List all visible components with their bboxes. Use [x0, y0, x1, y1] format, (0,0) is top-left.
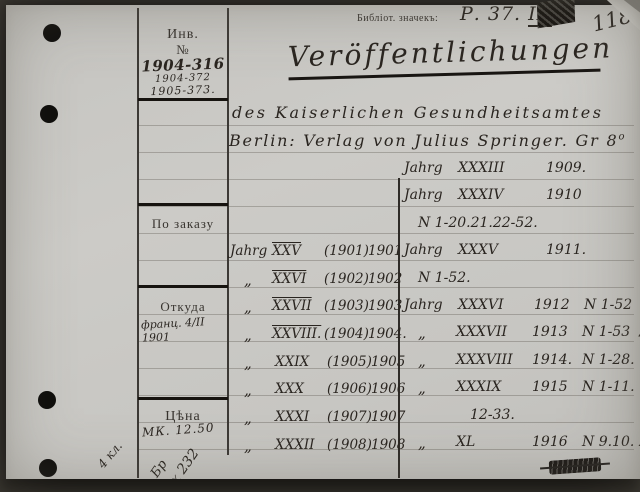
volume-year: 1902: [368, 271, 402, 287]
volume-list-left: Jahrg XXV (1901) 1901 „ XXVI (1902) 1902…: [230, 243, 406, 465]
ditto-mark: „: [230, 437, 272, 455]
punch-hole: [40, 105, 58, 123]
volume-numeral: XXXIII: [458, 160, 546, 176]
ditto-mark: „: [230, 354, 272, 372]
title-line2: Berlin: Verlag von Julius Springer. Gr 8…: [229, 131, 626, 150]
ditto-mark: „: [230, 381, 272, 399]
volume-year: 1913: [532, 324, 582, 340]
library-mark-label: Библіот. значекъ:: [357, 13, 438, 24]
issue-numbers-note: N 1-20.21.22-52.: [404, 215, 640, 242]
section-divider: [138, 397, 228, 400]
ditto-mark: „: [404, 324, 456, 342]
volume-numeral: XXV: [272, 243, 324, 259]
issue-numbers: N 9.10. 25-52.: [582, 434, 640, 450]
issue-numbers: N 1-28.: [582, 352, 635, 368]
volume-entry: Jahrg XXXIII 1909.: [404, 160, 640, 187]
volume-numeral: XL: [456, 434, 532, 450]
issue-numbers: N 1-53: [582, 324, 630, 340]
volume-entry: „ XXXVIII 1914. N 1-28.: [404, 352, 640, 379]
scan-edge-left: [0, 0, 6, 492]
volume-paren-year: (1903): [324, 298, 368, 314]
volume-entry: Jahrg XXXV 1911.: [404, 242, 640, 269]
inventory-number: 1905-373.: [138, 82, 228, 98]
volume-paren-year: (1904): [324, 326, 368, 342]
margin-scribble: 4 кл.: [95, 439, 125, 471]
shelf-mark-main: Р. 37.: [460, 3, 521, 25]
issue-numbers: 12-33.: [470, 407, 515, 423]
scan-edge-bottom: [0, 479, 640, 492]
punch-hole: [38, 391, 56, 409]
volume-year: 1901: [368, 243, 402, 259]
punch-hole: [43, 24, 61, 42]
volume-paren-year: (1905): [327, 354, 371, 370]
volume-year: 1907: [371, 409, 405, 425]
volume-numeral: XXXV: [458, 242, 546, 258]
volume-paren-year: (1908): [327, 437, 371, 453]
volume-label: Jahrg: [404, 160, 458, 176]
obliterated-stamp-icon: [549, 457, 602, 475]
ditto-mark: „: [230, 298, 272, 316]
volume-entry: „ XXVII (1903) 1903: [230, 298, 406, 326]
ditto-mark: „: [230, 271, 272, 289]
issue-numbers-note: N 1-52.: [404, 270, 640, 297]
volume-entry: „ XXVI (1902) 1902: [230, 271, 406, 299]
volume-paren-year: (1906): [327, 381, 371, 397]
volume-paren-year: (1902): [324, 271, 368, 287]
volume-entry: „ XXIX (1905) 1905: [230, 354, 406, 382]
punch-hole: [39, 459, 57, 477]
ditto-mark: „: [404, 352, 456, 370]
issue-numbers: N 1-20.21.22-52.: [418, 215, 538, 231]
volume-paren-year: (1901): [324, 243, 368, 259]
volume-year: 1906: [371, 381, 405, 397]
section-divider: [138, 285, 228, 288]
volume-entry: „ XL 1916 N 9.10. 25-52.: [404, 434, 640, 461]
volume-label: Jahrg: [230, 243, 272, 259]
volume-year: 1909.: [546, 160, 604, 176]
volume-paren-year: (1907): [327, 409, 371, 425]
title-line2-text: Berlin: Verlag von Julius Springer. Gr 8: [229, 131, 618, 150]
volume-entry: „ XXXI (1907) 1907: [230, 409, 406, 437]
volume-numeral: XXVI: [272, 271, 324, 287]
title-line1: des Kaiserlichen Gesundheitsamtes: [232, 103, 603, 122]
section-divider: [138, 98, 228, 101]
volume-entry: Jahrg XXXIV 1910: [404, 187, 640, 214]
volume-label: Jahrg: [404, 297, 458, 313]
volume-entry: Jahrg XXV (1901) 1901: [230, 243, 406, 271]
issue-numbers-note: 12-33.: [404, 407, 640, 434]
volume-label: Jahrg: [404, 242, 458, 258]
volume-numeral: XXXVI: [458, 297, 534, 313]
volume-year: 1912: [534, 297, 584, 313]
volume-numeral: XXXI: [272, 409, 327, 425]
volume-year: 1910: [546, 187, 604, 203]
volume-year: 1916: [532, 434, 582, 450]
issue-numbers: N 1-11.: [582, 379, 635, 395]
issue-numbers: N 1-52: [584, 297, 632, 313]
volume-numeral: XXXII: [272, 437, 327, 453]
volume-entry: Jahrg XXXVI 1912 N 1-52: [404, 297, 640, 324]
library-stamp-icon: [537, 0, 575, 28]
volume-year: 1908: [371, 437, 405, 453]
volume-year: 1903: [368, 298, 402, 314]
volume-year: 1915: [532, 379, 582, 395]
volume-year: 1911.: [546, 242, 604, 258]
volume-entry: „ XXXVII 1913 N 1-53 //: [404, 324, 640, 351]
volume-numeral: XXX: [272, 381, 327, 397]
catalog-card-scan: Инв. № 1904-316 1904-372 1905-373. По за…: [0, 0, 640, 492]
ditto-mark: „: [404, 434, 456, 452]
source-note-year: 1901: [142, 331, 170, 345]
volume-year: 1914.: [532, 352, 582, 368]
volume-entry: „ XXXII (1908) 1908: [230, 437, 406, 465]
volume-list-right: Jahrg XXXIII 1909. Jahrg XXXIV 1910 N 1-…: [404, 160, 640, 461]
title-line2-format: o: [618, 132, 626, 143]
volume-entry: „ XXX (1906) 1906: [230, 381, 406, 409]
source-note: франц. 4/II: [141, 315, 205, 331]
volume-numeral: XXVIII.: [272, 326, 324, 342]
ditto-mark: „: [230, 409, 272, 427]
volume-entry: „ XXXIX 1915 N 1-11.: [404, 379, 640, 406]
inventory-label: Инв.: [138, 27, 228, 43]
source-label: Откуда: [138, 299, 228, 315]
volume-numeral: XXXVIII: [456, 352, 532, 368]
volume-year: 1905: [371, 354, 405, 370]
volume-year: 1904.: [368, 326, 407, 342]
volume-numeral: XXXIX: [456, 379, 532, 395]
volume-numeral: XXXVII: [456, 324, 532, 340]
volume-entry: „ XXVIII. (1904) 1904.: [230, 326, 406, 354]
volume-numeral: XXXIV: [458, 187, 546, 203]
volume-numeral: XXVII: [272, 298, 324, 314]
order-label: По заказу: [138, 216, 228, 232]
volume-numeral: XXIX: [272, 354, 327, 370]
title-heading: Veröffentlichungen: [288, 32, 601, 81]
ditto-mark: „: [230, 326, 272, 344]
ditto-mark: „: [404, 379, 456, 397]
volume-label: Jahrg: [404, 187, 458, 203]
issue-numbers: N 1-52.: [418, 270, 471, 286]
section-divider: [138, 203, 228, 206]
